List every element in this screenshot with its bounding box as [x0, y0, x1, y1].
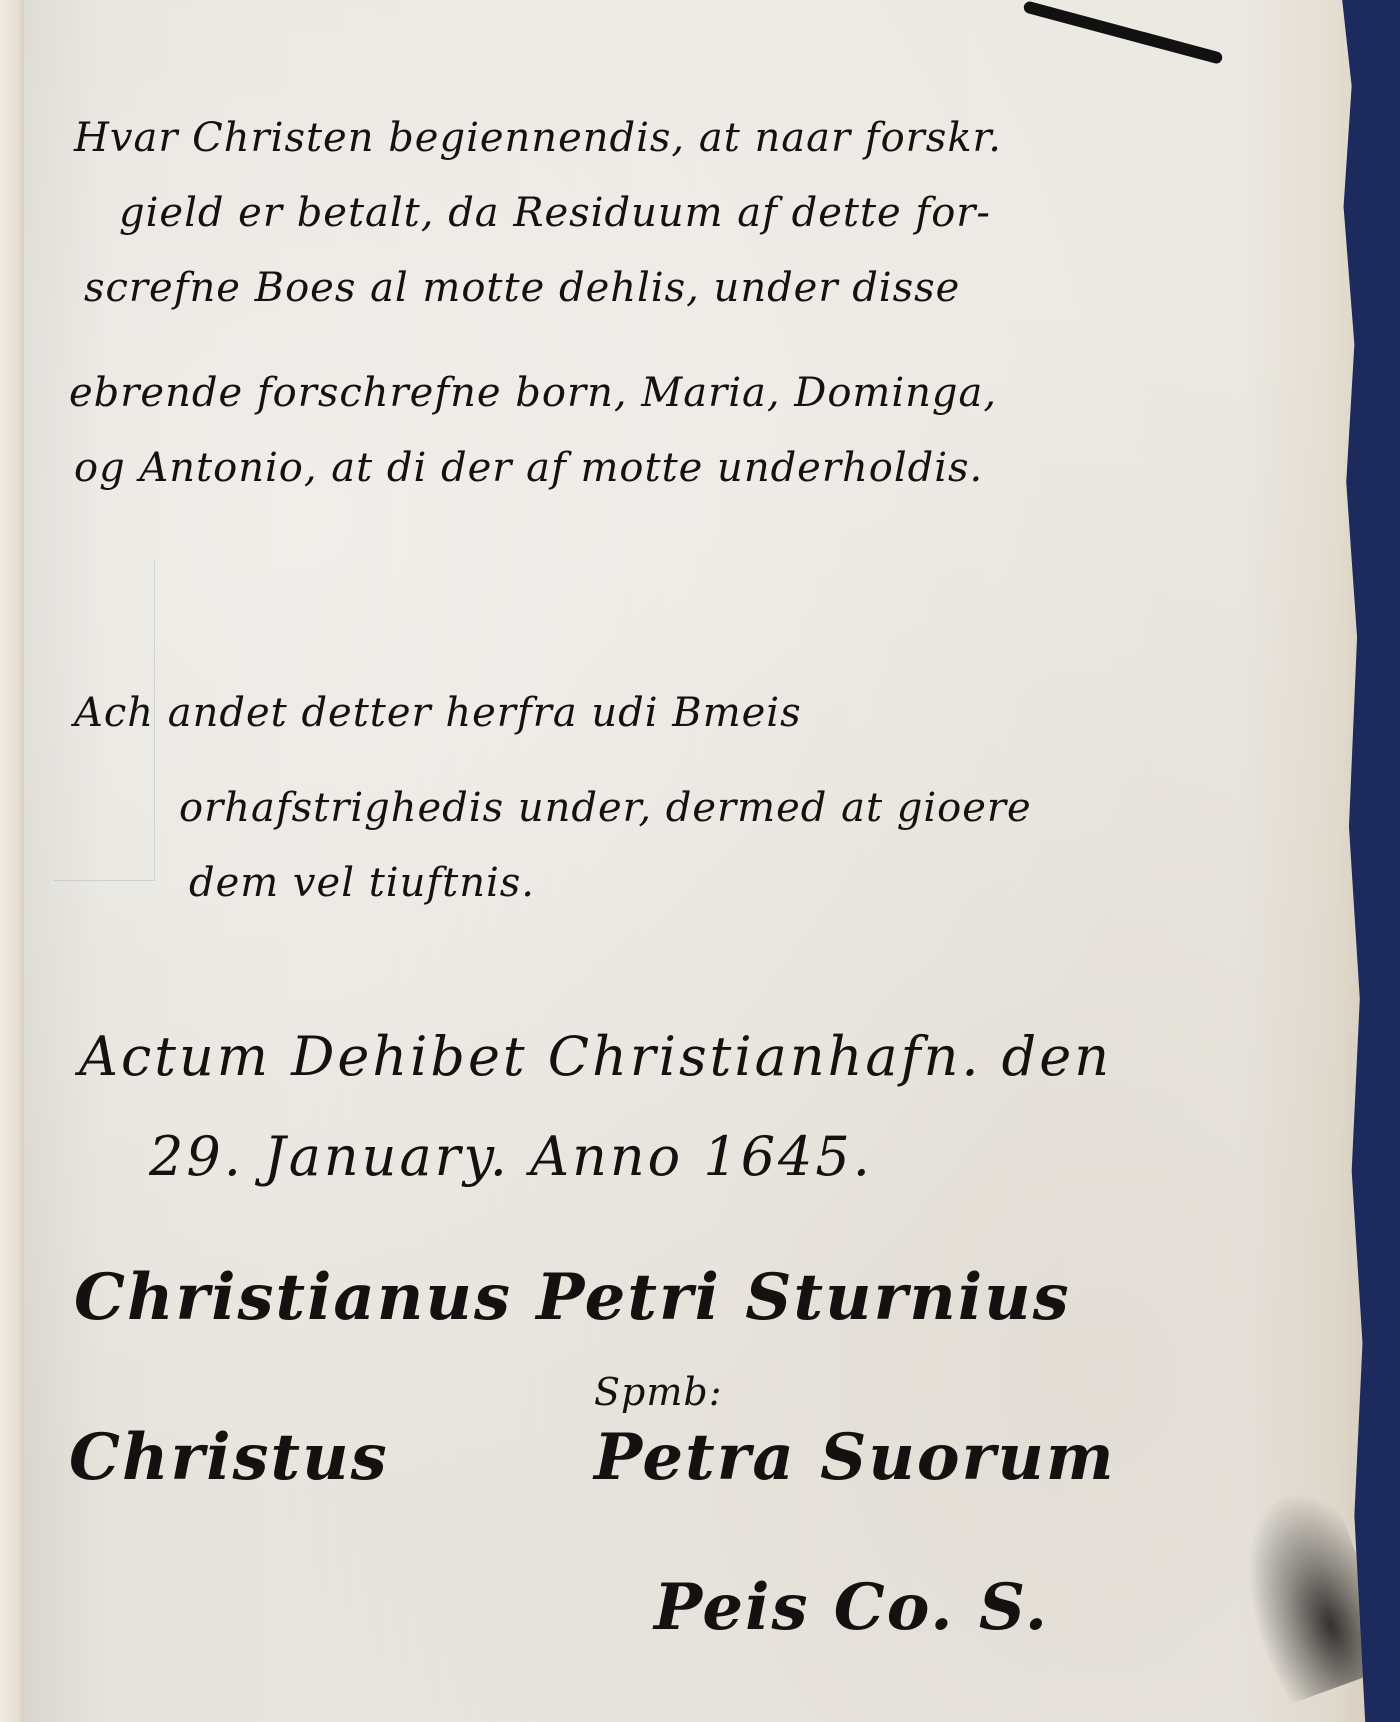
signature-second-line: Petra Suorum [594, 1420, 1116, 1495]
ink-blot [1215, 1478, 1396, 1707]
text-line: Ach andet detter herfra udi Bmeis [74, 690, 802, 736]
signature-third-line: Peis Co. S. [654, 1570, 1049, 1645]
text-line: dem vel tiuftnis. [189, 860, 535, 906]
text-line: orhafstrighedis under, dermed at gioere [179, 785, 1032, 831]
text-line: gield er betalt, da Residuum af dette fo… [119, 190, 991, 236]
manuscript-page: Hvar Christen begiennendis, at naar fors… [24, 0, 1376, 1722]
place-line: Actum Dehibet Christianhafn. den [79, 1025, 1112, 1088]
text-line: screfne Boes al motte dehlis, under diss… [84, 265, 960, 311]
date-line: 29. January. Anno 1645. [149, 1125, 873, 1188]
document-photo: Hvar Christen begiennendis, at naar fors… [0, 0, 1400, 1722]
text-line: ebrende forschrefne born, Maria, Dominga… [69, 370, 997, 416]
signature-name: Christianus Petri Sturnius [74, 1260, 1071, 1335]
ink-stroke [1022, 0, 1223, 65]
text-line: Hvar Christen begiennendis, at naar fors… [74, 115, 1002, 161]
page-left-edge [0, 0, 28, 1722]
spmb-label: Spmb: [594, 1370, 723, 1414]
signature-left-word: Christus [69, 1420, 389, 1495]
text-line: og Antonio, at di der af motte underhold… [74, 445, 983, 491]
